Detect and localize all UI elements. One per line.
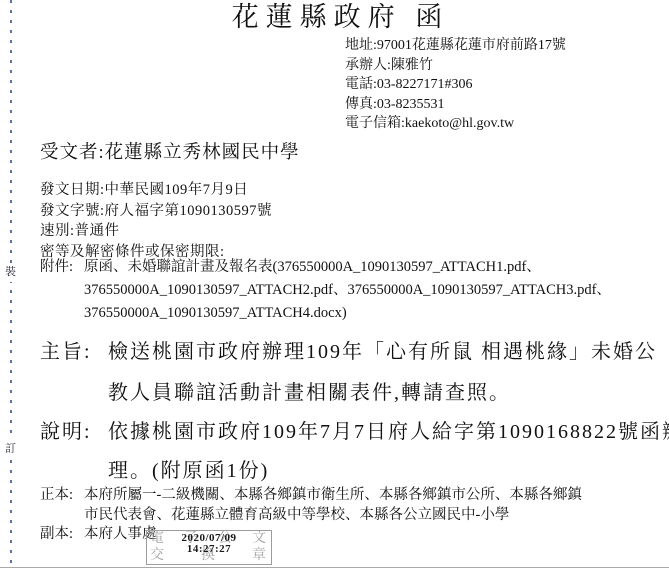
binding-mark-zhuang: 裝 bbox=[2, 263, 19, 282]
speed-class-line: 速別:普通件 bbox=[40, 221, 272, 242]
official-document-page: 裝 訂 花蓮縣政府 函 地址:97001花蓮縣花蓮市府前路17號 承辦人:陳雅竹… bbox=[0, 0, 669, 568]
primary-recipients-line: 市民代表會、花蓮縣立體育高級中等學校、本縣各公立國民中-小學 bbox=[84, 506, 582, 526]
description-line: 依據桃園市政府109年7月7日府人給字第1090168822號函辦 bbox=[108, 413, 669, 452]
attachment-line: 376550000A_1090130597_ATTACH4.docx) bbox=[84, 302, 611, 325]
attachment-field: 附件: 原函、未婚聯誼計畫及報名表(376550000A_1090130597_… bbox=[40, 256, 611, 325]
primary-recipients-line: 本府所屬一-二級機關、本縣各鄉鎮市衛生所、本縣各鄉鎮市公所、本縣各鄉鎮 bbox=[84, 486, 582, 506]
document-title: 花蓮縣政府 函 bbox=[0, 0, 669, 34]
contact-address: 地址:97001花蓮縣花蓮市府前路17號 bbox=[345, 36, 566, 56]
contact-email: 電子信箱:kaekoto@hl.gov.tw bbox=[345, 114, 566, 134]
description-label: 說明: bbox=[40, 413, 92, 452]
contact-fax: 傳真:03-8235531 bbox=[345, 95, 566, 115]
attachment-line: 原函、未婚聯誼計畫及報名表(376550000A_1090130597_ATTA… bbox=[84, 256, 611, 279]
contact-phone: 電話:03-8227171#306 bbox=[345, 75, 566, 95]
attachment-label: 附件: bbox=[40, 256, 73, 279]
copy-recipients-field: 副本: 本府人事處 bbox=[40, 525, 157, 545]
primary-recipients-field: 正本: 本府所屬一-二級機關、本縣各鄉鎮市衛生所、本縣各鄉鎮市公所、本縣各鄉鎮 … bbox=[40, 486, 582, 525]
primary-recipients-label: 正本: bbox=[40, 486, 73, 506]
stamp-time: 14:27:27 bbox=[147, 544, 271, 555]
stamp-datetime: 2020/07/09 14:27:27 bbox=[147, 533, 271, 555]
document-meta-block: 發文日期:中華民國109年7月9日 發文字號:府人福字第1090130597號 … bbox=[40, 180, 272, 262]
issue-number-line: 發文字號:府人福字第1090130597號 bbox=[40, 201, 272, 222]
contact-person: 承辦人:陳雅竹 bbox=[345, 56, 566, 76]
sender-contact-block: 地址:97001花蓮縣花蓮市府前路17號 承辦人:陳雅竹 電話:03-82271… bbox=[345, 36, 566, 134]
subject-line: 教人員聯誼活動計畫相關表件,轉請查照。 bbox=[108, 373, 657, 414]
subject-field: 主旨: 檢送桃園市政府辦理109年「心有所鼠 相遇桃緣」未婚公 教人員聯誼活動計… bbox=[40, 332, 657, 414]
binding-dotted-line bbox=[10, 0, 12, 567]
attachment-line: 376550000A_1090130597_ATTACH2.pdf、376550… bbox=[84, 279, 611, 302]
copy-recipients-label: 副本: bbox=[40, 525, 73, 545]
electronic-exchange-stamp: 電子公文 交換章 2020/07/09 14:27:27 bbox=[146, 530, 272, 565]
subject-label: 主旨: bbox=[40, 332, 92, 373]
subject-line: 檢送桃園市政府辦理109年「心有所鼠 相遇桃緣」未婚公 bbox=[108, 332, 657, 373]
description-field: 說明: 依據桃園市政府109年7月7日府人給字第1090168822號函辦 理。… bbox=[40, 413, 669, 491]
recipient-line: 受文者:花蓮縣立秀林國民中學 bbox=[40, 138, 300, 164]
binding-mark-ding: 訂 bbox=[2, 440, 19, 459]
issue-date-line: 發文日期:中華民國109年7月9日 bbox=[40, 180, 272, 201]
